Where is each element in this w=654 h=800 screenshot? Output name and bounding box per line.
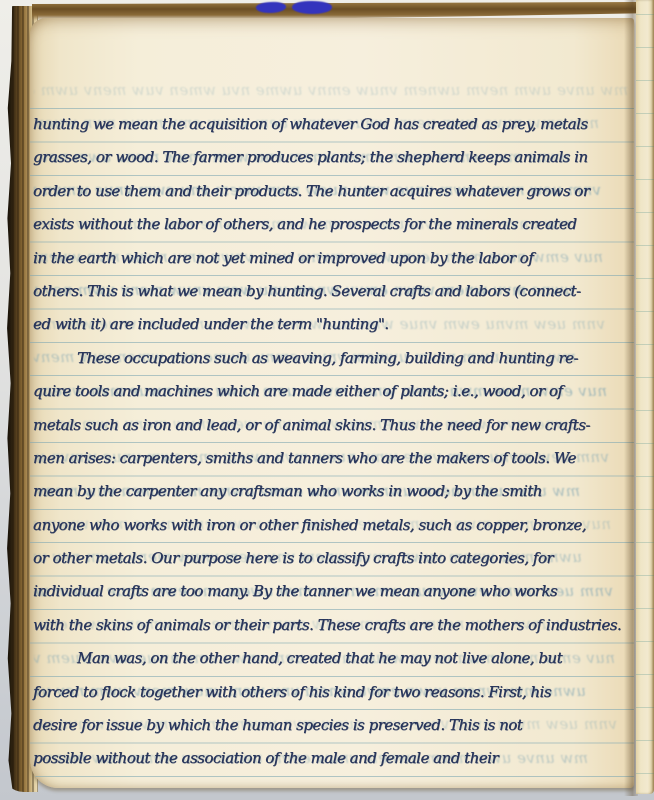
handwritten-line: anyone who works with iron or other fini… <box>33 509 629 542</box>
handwritten-line: Man was, on the other hand, created that… <box>33 642 629 675</box>
notebook-photo: mw unve uwm nevm uwnem vnuw emnv uwme nv… <box>0 0 654 800</box>
handwritten-line: in the earth which are not yet mined or … <box>33 242 629 275</box>
bleedthrough-row: mw unve uwm nevm uwnem vnuw emnv uwme nv… <box>34 74 628 107</box>
handwritten-line: or other metals. Our purpose here is to … <box>33 542 629 575</box>
handwritten-line: forced to flock together with others of … <box>33 676 629 709</box>
handwritten-line: metals such as iron and lead, or of anim… <box>33 409 629 442</box>
handwritten-line: hunting we mean the acquisition of whate… <box>33 108 629 141</box>
next-page-edge <box>636 0 654 794</box>
handwritten-line: individual crafts are too many. By the t… <box>33 575 629 608</box>
handwritten-line: These occupations such as weaving, farmi… <box>33 342 629 375</box>
handwritten-line: mean by the carpenter any craftsman who … <box>33 475 629 508</box>
handwritten-line: with the skins of animals or their parts… <box>33 609 629 642</box>
handwritten-line: ed with it) are included under the term … <box>33 308 629 341</box>
handwritten-line: exists without the labor of others, and … <box>33 208 629 241</box>
handwritten-line: others. This is what we mean by hunting.… <box>33 275 629 308</box>
handwritten-line: men arises: carpenters, smiths and tanne… <box>33 442 629 475</box>
handwritten-line: possible without the association of the … <box>33 742 629 775</box>
notebook-page: mw unve uwm nevm uwnem vnuw emnv uwme nv… <box>30 18 634 788</box>
handwritten-line: desire for issue by which the human spec… <box>33 709 629 742</box>
handwritten-lines: hunting we mean the acquisition of whate… <box>33 108 629 776</box>
handwritten-line: order to use them and their products. Th… <box>33 175 629 208</box>
handwritten-line: quire tools and machines which are made … <box>33 375 629 408</box>
handwritten-line: grasses, or wood. The farmer produces pl… <box>33 141 629 174</box>
